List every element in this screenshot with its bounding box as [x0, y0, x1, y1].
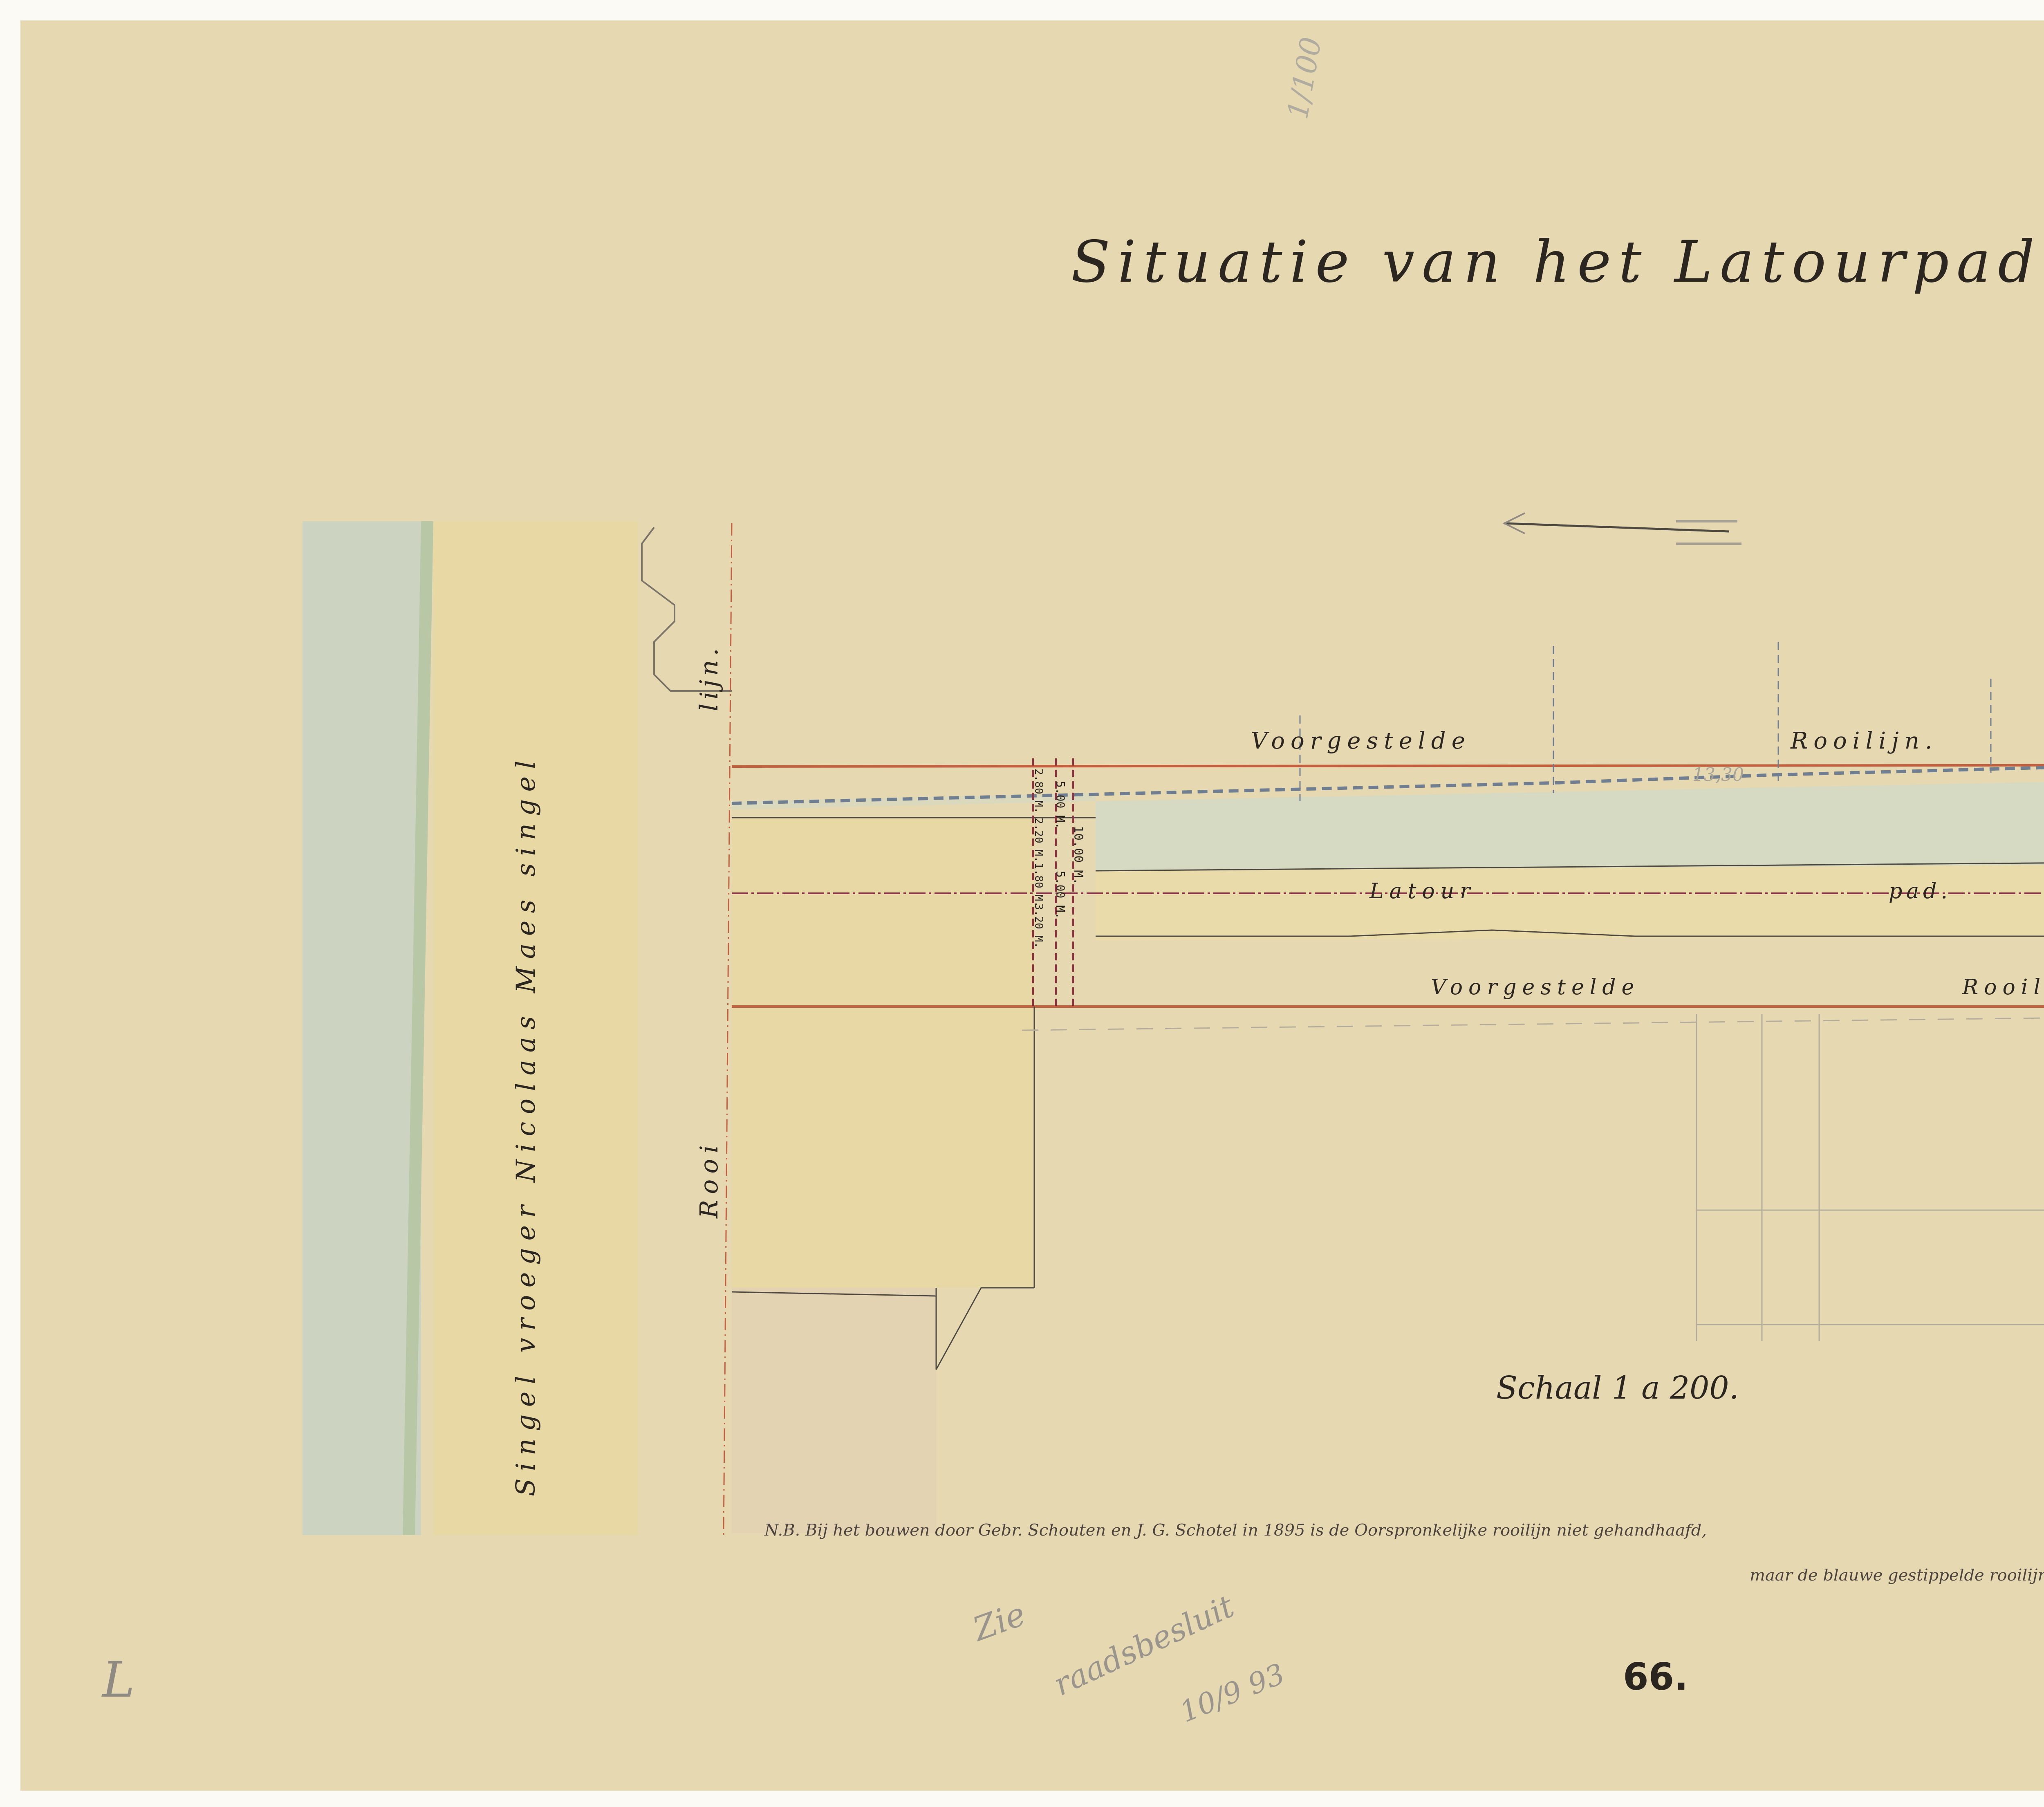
label-lijn-vertical: lijn. — [695, 644, 724, 711]
pencil-measure-label: 13,30 — [1692, 764, 1744, 785]
label-rooilijn-bottom: Rooilijn. — [1962, 975, 2044, 1000]
north-arrow-icon — [1504, 513, 1741, 544]
scale-label: Schaal 1 a 200. — [1496, 1370, 1739, 1406]
dim-left-500-b: 5.00 M. — [1053, 871, 1067, 919]
dim-left-280: 2.80 M. — [1032, 769, 1044, 814]
map-title: Situatie van het Latourpad. — [1071, 229, 2044, 296]
lot-curve — [936, 1288, 1034, 1370]
corner-mark: L — [102, 1652, 135, 1708]
label-latour: Latour — [1369, 879, 1476, 903]
dim-left-180: 1.80 M. — [1032, 863, 1044, 908]
dim-left-320: 3.20 M. — [1032, 903, 1044, 948]
lot-pink-left — [732, 1288, 936, 1533]
label-voorgestelde-bottom: Voorgestelde — [1431, 975, 1640, 1000]
nb-note-line-1: N.B. Bij het bouwen door Gebr. Schouten … — [764, 1521, 1707, 1540]
label-pad: pad. — [1889, 879, 1952, 903]
label-voorgestelde-top: Voorgestelde — [1251, 728, 1471, 754]
section-markers — [1300, 642, 1991, 801]
dim-left-220: 2.20 M. — [1032, 818, 1044, 863]
singel-water — [303, 521, 421, 1535]
page-number: 66. — [1623, 1656, 1688, 1699]
pencil-sketch-below — [1022, 1010, 2044, 1341]
label-rooi-vertical: Rooi — [695, 1139, 724, 1218]
dim-left-1000: 10.00 M. — [1071, 826, 1085, 885]
label-singel: Singel vroeger Nicolaas Maes singel — [511, 597, 541, 1496]
rooilijn-vertical — [724, 523, 732, 1537]
blue-wash-strip — [1096, 781, 2044, 871]
nb-note-line-2: maar de blauwe gestippelde rooilijn toeg… — [1750, 1566, 2044, 1585]
rooilijn-top — [732, 764, 2044, 767]
lot-yellow-left — [732, 818, 1034, 1288]
label-rooilijn-top: Rooilijn. — [1791, 728, 1938, 754]
dim-left-500-a: 5.00 M. — [1053, 781, 1067, 829]
